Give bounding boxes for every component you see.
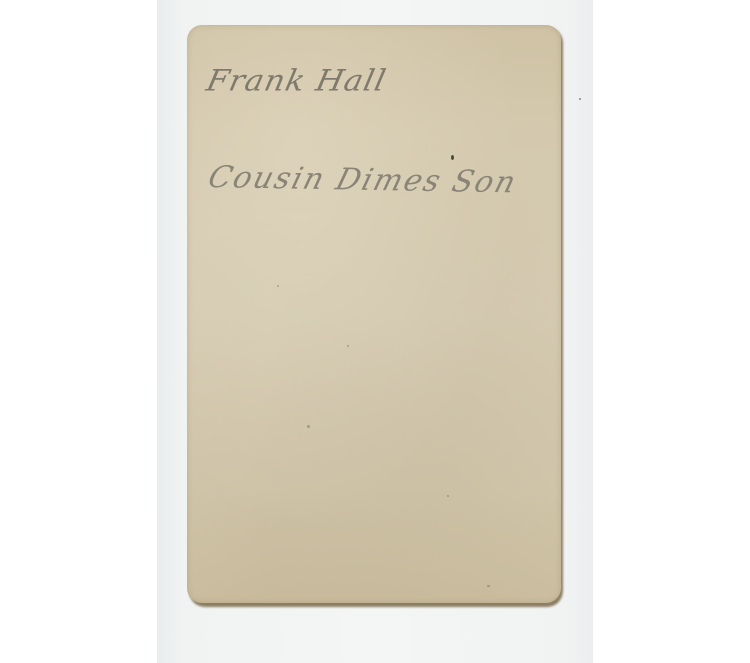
paper-speck <box>277 285 279 287</box>
inscription-name: Frank Hall <box>203 64 389 98</box>
paper-speck <box>307 425 310 428</box>
paper-speck <box>487 585 490 587</box>
paper-speck <box>347 345 349 347</box>
scan-artifact <box>579 98 581 100</box>
ink-dot <box>451 155 454 160</box>
paper-speck <box>447 495 449 497</box>
inscription-relation: Cousin Dimes Son <box>204 160 521 200</box>
photo-scan: Frank Hall Cousin Dimes Son <box>0 0 750 663</box>
cabinet-card-back: Frank Hall Cousin Dimes Son <box>187 25 561 603</box>
